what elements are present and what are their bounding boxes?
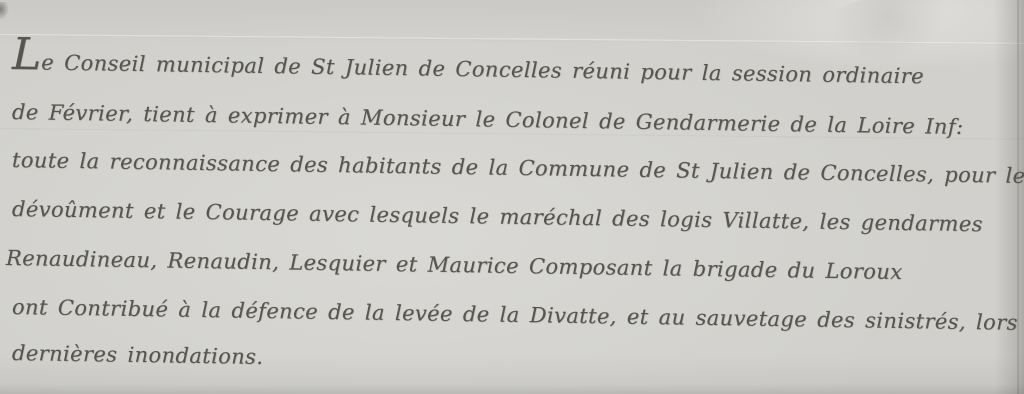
manuscript-line: Le Conseil municipal de St Julien de Con… bbox=[12, 50, 924, 88]
handwritten-text-block: Le Conseil municipal de St Julien de Con… bbox=[0, 0, 1024, 394]
manuscript-line: dévoûment et le Courage avec lesquels le… bbox=[12, 197, 983, 236]
manuscript-line: de Février, tient à exprimer à Monsieur … bbox=[12, 100, 964, 139]
manuscript-line: Renaudineau, Renaudin, Lesquier et Mauri… bbox=[6, 246, 903, 284]
manuscript-line: dernières inondations. bbox=[12, 341, 264, 369]
manuscript-page: Le Conseil municipal de St Julien de Con… bbox=[0, 0, 1024, 394]
manuscript-line: toute la reconnaissance des habitants de… bbox=[12, 148, 1024, 188]
manuscript-line: ont Contribué à la défence de la levée d… bbox=[12, 295, 1024, 336]
